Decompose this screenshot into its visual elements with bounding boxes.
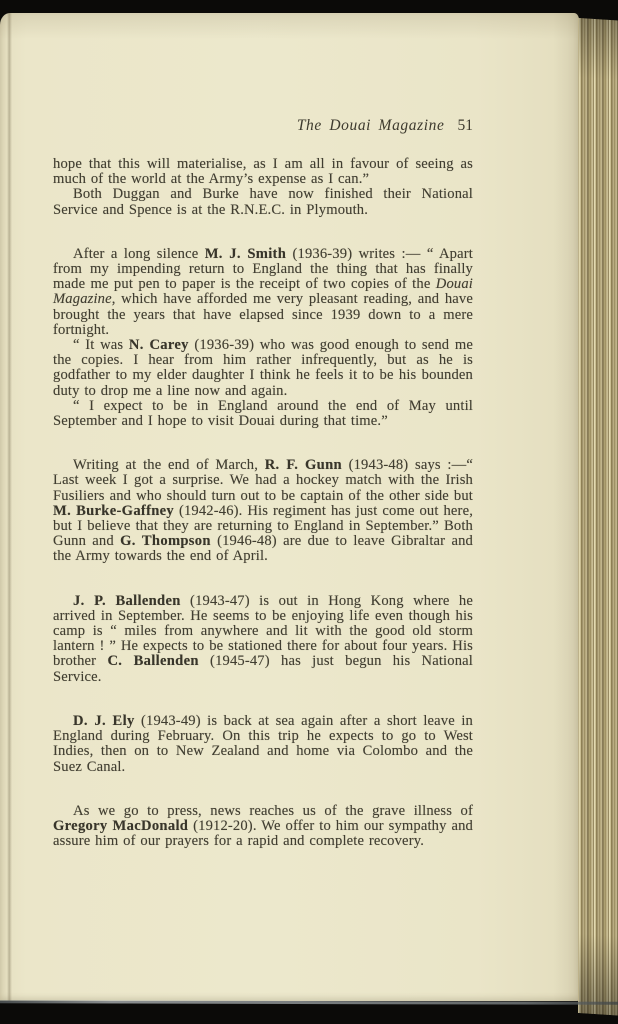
text-run: N. Carey	[129, 337, 189, 353]
text-section: D. J. Ely (1943-49) is back at sea again…	[53, 714, 473, 775]
text-section: Writing at the end of March, R. F. Gunn …	[53, 458, 473, 564]
text-run: D. J. Ely	[73, 713, 135, 729]
text-section: hope that this will materialise, as I am…	[53, 157, 473, 218]
text-run: G. Thompson	[120, 533, 211, 549]
paragraph: “ It was N. Carey (1936-39) who was good…	[53, 338, 473, 399]
text-run: M. J. Smith	[205, 246, 286, 262]
text-run: C. Ballenden	[107, 653, 198, 669]
paragraph: Both Duggan and Burke have now finished …	[53, 187, 473, 217]
text-run: As we go to press, news reaches us of th…	[73, 803, 473, 819]
text-run: M. Burke-Gaffney	[53, 503, 174, 519]
running-header: The Douai Magazine51	[53, 117, 473, 135]
paragraph: J. P. Ballenden (1943-47) is out in Hong…	[53, 594, 473, 685]
text-run: Gregory MacDonald	[53, 818, 188, 834]
text-section: As we go to press, news reaches us of th…	[53, 804, 473, 850]
text-block: hope that this will materialise, as I am…	[53, 157, 473, 849]
paragraph: hope that this will materialise, as I am…	[53, 157, 473, 187]
text-run: hope that this will materialise, as I am…	[53, 156, 473, 187]
text-run: Writing at the end of March,	[73, 457, 265, 473]
text-section: J. P. Ballenden (1943-47) is out in Hong…	[53, 594, 473, 685]
paragraph: After a long silence M. J. Smith (1936-3…	[53, 247, 473, 338]
page-number: 51	[458, 117, 474, 134]
text-run: After a long silence	[73, 246, 205, 262]
text-run: , which have afforded me very pleasant r…	[53, 291, 473, 337]
text-run: J. P. Ballenden	[73, 593, 181, 609]
text-run: Both Duggan and Burke have now finished …	[53, 186, 473, 217]
paragraph: D. J. Ely (1943-49) is back at sea again…	[53, 714, 473, 775]
scan-bottom-edge-highlight	[0, 1000, 618, 1005]
paragraph: “ I expect to be in England around the e…	[53, 399, 473, 429]
text-run: “ It was	[73, 337, 129, 353]
page-crease	[7, 13, 12, 1001]
fore-edge-page-stack	[578, 18, 618, 1016]
page-right-shading	[553, 13, 579, 1001]
paragraph: Writing at the end of March, R. F. Gunn …	[53, 458, 473, 564]
magazine-title: The Douai Magazine	[297, 117, 445, 134]
text-run: “ I expect to be in England around the e…	[53, 398, 473, 429]
paragraph: As we go to press, news reaches us of th…	[53, 804, 473, 850]
book-page: The Douai Magazine51 hope that this will…	[0, 13, 579, 1001]
scanned-book-photo: The Douai Magazine51 hope that this will…	[0, 0, 618, 1024]
text-run: R. F. Gunn	[265, 457, 342, 473]
text-section: After a long silence M. J. Smith (1936-3…	[53, 247, 473, 429]
